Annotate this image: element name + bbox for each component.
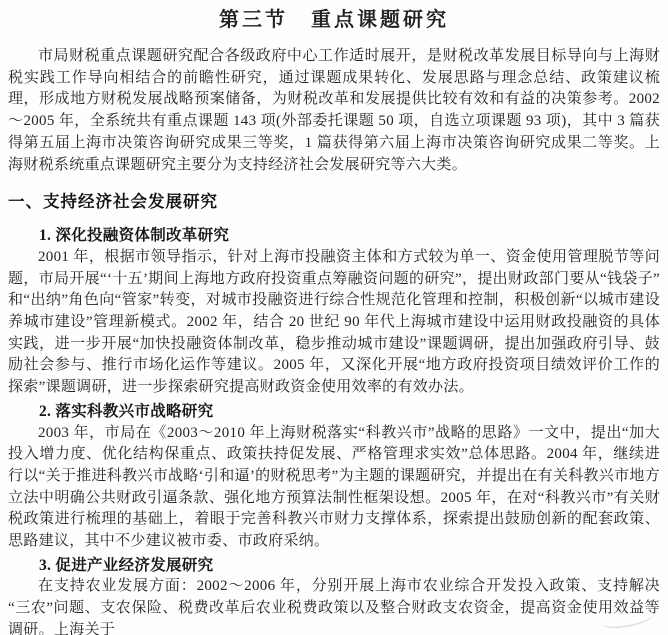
document-page: 第三节 重点课题研究 市局财税重点课题研究配合各级政府中心工作适时展开，是财税改… [0,0,668,635]
subsection-3-paragraph: 在支持农业发展方面：2002～2006 年，分别开展上海市农业综合开发投入政策、… [8,576,660,635]
subsection-2-paragraph: 2003 年，市局在《2003～2010 年上海财税落实“科教兴市”战略的思路》… [8,423,660,553]
category-heading: 一、支持经济社会发展研究 [8,191,660,213]
subsection-1-paragraph: 2001 年，根据市领导指示，针对上海市投融资主体和方式较为单一、资金使用管理脱… [8,247,660,399]
subsection-3-heading: 3. 促进产业经济发展研究 [8,555,660,577]
page-title: 第三节 重点课题研究 [8,6,660,34]
intro-paragraph: 市局财税重点课题研究配合各级政府中心工作适时展开，是财税改革发展目标导向与上海财… [8,46,660,176]
subsection-1-heading: 1. 深化投融资体制改革研究 [8,225,660,247]
subsection-2-heading: 2. 落实科教兴市战略研究 [8,401,660,423]
